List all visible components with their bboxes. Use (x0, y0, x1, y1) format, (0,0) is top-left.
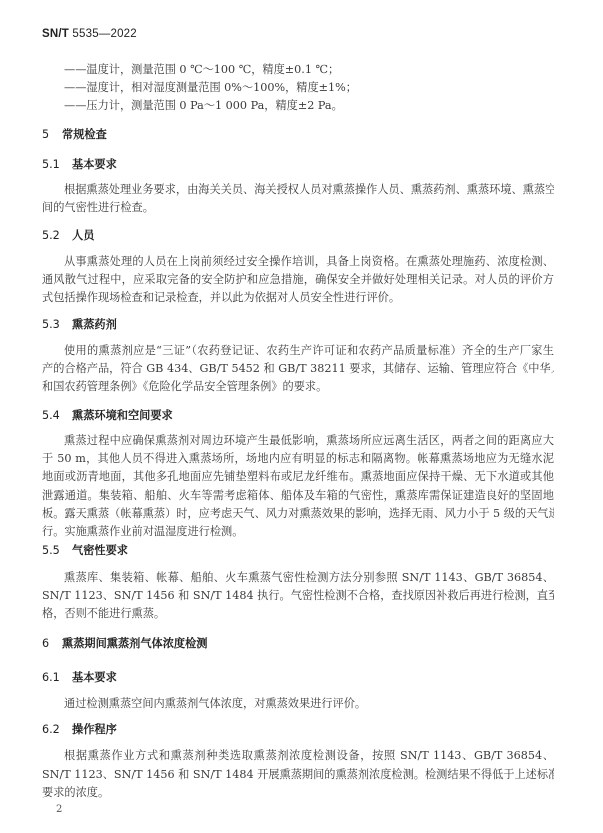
section-heading-6-1: 6.1基本要求 (42, 671, 117, 685)
section-number: 6 (42, 637, 62, 651)
section-heading-5-3: 5.3熏蒸药剂 (42, 318, 117, 332)
paragraph-line: 和国农药管理条例》《危险化学品安全管理条例》的要求。 (42, 380, 554, 394)
section-number: 5.5 (42, 544, 72, 558)
paragraph-line: 熏蒸库、集装箱、帐幕、船舶、火车熏蒸气密性检测方法分别参照 SN/T 1143、… (64, 571, 554, 585)
section-number: 6.1 (42, 671, 72, 685)
section-number: 5.2 (42, 229, 72, 243)
section-number: 5.1 (42, 158, 72, 172)
paragraph-line: 间的气密性进行检查。 (42, 201, 554, 215)
paragraph-line: 行。实施熏蒸作业前对温湿度进行检测。 (42, 525, 554, 539)
section-number: 5.4 (42, 409, 72, 423)
section-title: 操作程序 (72, 723, 117, 736)
section-heading-5-1: 5.1基本要求 (42, 158, 117, 172)
paragraph-line: 式包括操作现场检查和记录检查，并以此为依据对人员安全性进行评价。 (42, 291, 554, 305)
paragraph-line: 产的合格产品，符合 GB 434、GB/T 5452 和 GB/T 38211 … (42, 362, 554, 376)
paragraph-line: 熏蒸过程中应确保熏蒸剂对周边环境产生最低影响，熏蒸场所应远离生活区，两者之间的距… (64, 434, 554, 448)
section-title: 基本要求 (72, 671, 117, 684)
paragraph-line: 于 50 m，其他人员不得进入熏蒸场所，场地内应有明显的标志和隔离物。帐幕熏蒸场… (42, 452, 554, 466)
section-number: 6.2 (42, 723, 72, 737)
paragraph-line: 通过检测熏蒸空间内熏蒸剂气体浓度，对熏蒸效果进行评价。 (64, 697, 554, 711)
standard-code: SN/T (42, 28, 69, 40)
standard-number: 5535—2022 (72, 28, 136, 40)
section-title: 熏蒸环境和空间要求 (72, 409, 173, 422)
paragraph-line: 板。露天熏蒸（帐幕熏蒸）时，应考虑天气、风力对熏蒸效果的影响，选择无雨、风力小于… (42, 507, 554, 521)
paragraph-line: 根据熏蒸处理业务要求，由海关关员、海关授权人员对熏蒸操作人员、熏蒸药剂、熏蒸环境… (64, 183, 554, 197)
paragraph-line: 泄露通道。集装箱、船舶、火车等需考虑箱体、船体及车箱的气密性，熏蒸库需保证建造良… (42, 489, 554, 503)
paragraph-line: 根据熏蒸作业方式和熏蒸剂种类选取熏蒸剂浓度检测设备，按照 SN/T 1143、G… (64, 749, 554, 763)
instrument-item-thermometer: ——温度计，测量范围 0 ℃～100 ℃，精度±0.1 ℃； (64, 63, 339, 77)
section-heading-6-2: 6.2操作程序 (42, 723, 117, 737)
paragraph-line: 地面或沥青地面，其他多孔地面应先铺垫塑料布或尼龙纤维布。熏蒸地面应保持干燥、无下… (42, 470, 554, 484)
section-heading-5-2: 5.2人员 (42, 229, 94, 243)
section-title: 熏蒸药剂 (72, 318, 117, 331)
section-title: 基本要求 (72, 158, 117, 171)
section-title: 人员 (72, 229, 94, 242)
instrument-item-manometer: ——压力计，测量范围 0 Pa～1 000 Pa，精度±2 Pa。 (64, 99, 343, 113)
section-heading-5-4: 5.4熏蒸环境和空间要求 (42, 409, 173, 423)
section-heading-6: 6熏蒸期间熏蒸剂气体浓度检测 (42, 637, 207, 651)
section-number: 5.3 (42, 318, 72, 332)
document-header: SN/T 5535—2022 (42, 28, 137, 40)
paragraph-line: 使用的熏蒸剂应是“三证”（农药登记证、农药生产许可证和农药产品质量标准）齐全的生… (64, 344, 554, 358)
section-title: 气密性要求 (72, 544, 128, 557)
section-number: 5 (42, 128, 62, 142)
paragraph-line: 要求的浓度。 (42, 786, 554, 800)
paragraph-line: 通风散气过程中，应采取完备的安全防护和应急措施，确保安全并做好处理相关记录。对人… (42, 273, 554, 287)
paragraph-line: SN/T 1123、SN/T 1456 和 SN/T 1484 执行。气密性检测… (42, 589, 554, 603)
instrument-item-hygrometer: ——湿度计，相对湿度测量范围 0%～100%，精度±1%； (64, 81, 357, 95)
paragraph-line: 从事熏蒸处理的人员在上岗前须经过安全操作培训，具备上岗资格。在熏蒸处理施药、浓度… (64, 255, 554, 269)
paragraph-line: 格，否则不能进行熏蒸。 (42, 607, 554, 621)
section-heading-5-5: 5.5气密性要求 (42, 544, 128, 558)
page-number: 2 (56, 804, 62, 815)
paragraph-line: SN/T 1123、SN/T 1456 和 SN/T 1484 开展熏蒸期间的熏… (42, 768, 554, 782)
section-heading-5: 5常规检查 (42, 128, 107, 142)
section-title: 熏蒸期间熏蒸剂气体浓度检测 (62, 637, 207, 650)
section-title: 常规检查 (62, 128, 107, 141)
